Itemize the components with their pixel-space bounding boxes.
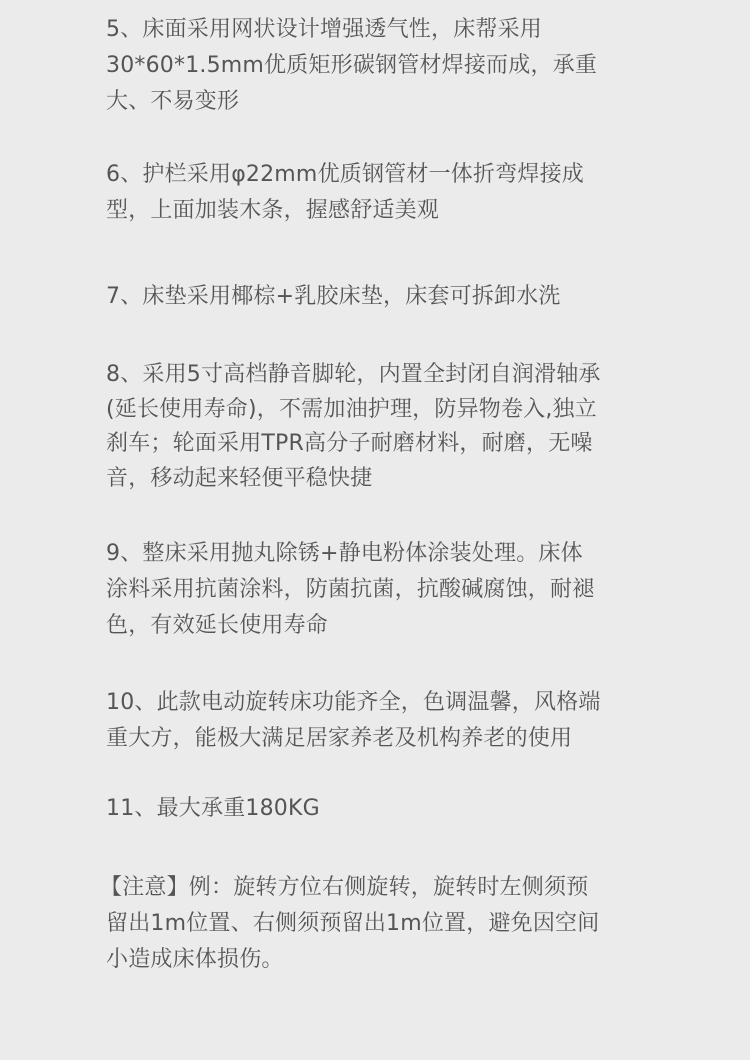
feature-item-10: 10、此款电动旋转床功能齐全，色调温馨，风格端 重大方，能极大满足居家养老及机构… — [106, 685, 686, 757]
feature-item-8: 8、采用5寸高档静音脚轮，内置全封闭自润滑轴承 (延长使用寿命)，不需加油护理，… — [106, 358, 686, 496]
text-line: 7、床垫采用椰棕+乳胶床垫，床套可拆卸水洗 — [106, 279, 686, 315]
text-line: 音，移动起来轻便平稳快捷 — [106, 462, 686, 497]
text-line: 5、床面采用网状设计增强透气性，床帮采用 — [106, 12, 686, 48]
feature-item-9: 9、整床采用抛丸除锈+静电粉体涂装处理。床体 涂料采用抗菌涂料，防菌抗菌，抗酸碱… — [106, 536, 686, 644]
feature-item-11: 11、最大承重180KG — [106, 791, 686, 827]
text-line: 6、护栏采用φ22mm优质钢管材一体折弯焊接成 — [106, 157, 686, 193]
text-line: 重大方，能极大满足居家养老及机构养老的使用 — [106, 721, 686, 757]
text-line: 型，上面加装木条，握感舒适美观 — [106, 193, 686, 229]
text-line: 8、采用5寸高档静音脚轮，内置全封闭自润滑轴承 — [106, 358, 686, 393]
text-line: 30*60*1.5mm优质矩形碳钢管材焊接而成，承重 — [106, 48, 686, 84]
text-line: 色，有效延长使用寿命 — [106, 608, 686, 644]
feature-item-7: 7、床垫采用椰棕+乳胶床垫，床套可拆卸水洗 — [106, 279, 686, 315]
text-line: 【注意】例：旋转方位右侧旋转，旋转时左侧须预 — [100, 870, 680, 906]
caution-note: 【注意】例：旋转方位右侧旋转，旋转时左侧须预 留出1m位置、右侧须预留出1m位置… — [100, 870, 680, 978]
text-line: 刹车；轮面采用TPR高分子耐磨材料，耐磨，无噪 — [106, 427, 686, 462]
text-line: 大、不易变形 — [106, 84, 686, 120]
feature-item-6: 6、护栏采用φ22mm优质钢管材一体折弯焊接成 型，上面加装木条，握感舒适美观 — [106, 157, 686, 229]
text-line: 小造成床体损伤。 — [100, 942, 680, 978]
text-line: 9、整床采用抛丸除锈+静电粉体涂装处理。床体 — [106, 536, 686, 572]
text-line: 留出1m位置、右侧须预留出1m位置，避免因空间 — [100, 906, 680, 942]
text-line: 10、此款电动旋转床功能齐全，色调温馨，风格端 — [106, 685, 686, 721]
feature-item-5: 5、床面采用网状设计增强透气性，床帮采用 30*60*1.5mm优质矩形碳钢管材… — [106, 12, 686, 120]
text-line: 涂料采用抗菌涂料，防菌抗菌，抗酸碱腐蚀，耐褪 — [106, 572, 686, 608]
text-line: (延长使用寿命)，不需加油护理，防异物卷入,独立 — [106, 393, 686, 428]
text-line: 11、最大承重180KG — [106, 791, 686, 827]
